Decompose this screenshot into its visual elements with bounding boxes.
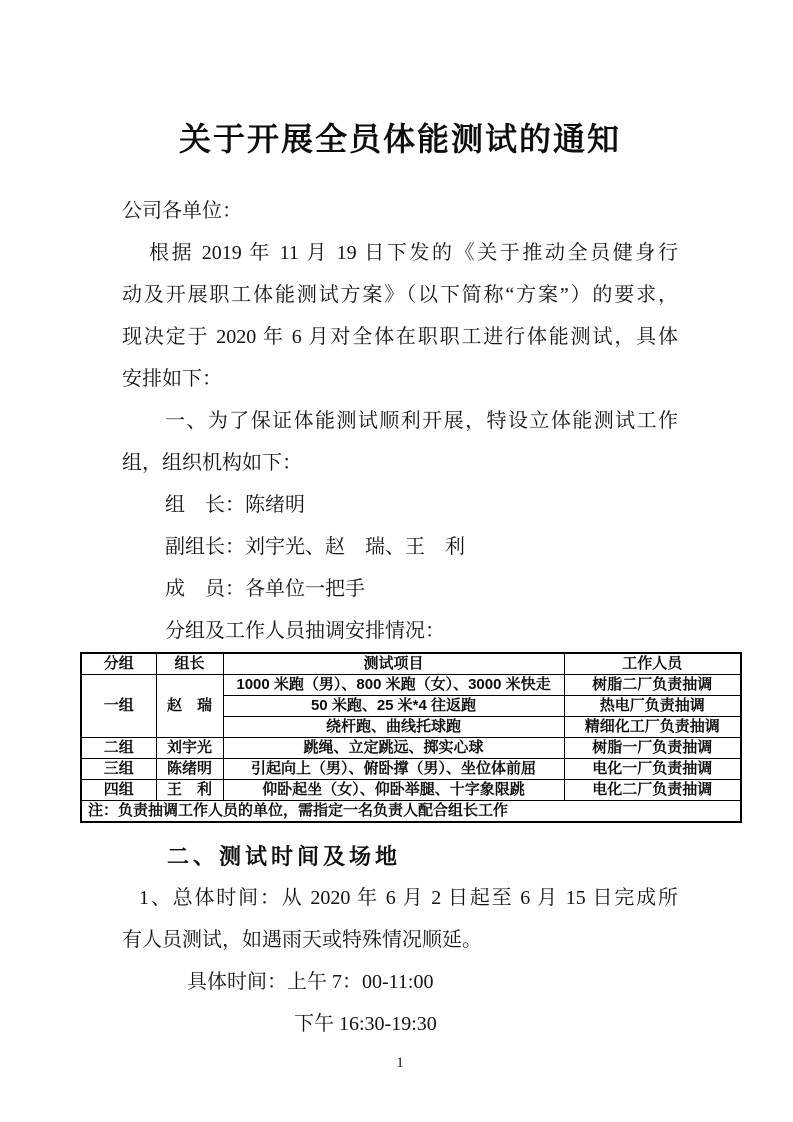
- table-note: 注：负责抽调工作人员的单位，需指定一名负责人配合组长工作: [81, 801, 741, 823]
- header-leader: 组长: [156, 653, 223, 675]
- members-line: 成 员：各单位一把手: [122, 568, 678, 610]
- section1-line2: 组，组织机构如下：: [122, 442, 678, 484]
- table-row: 一组 赵 瑞 1000 米跑（男）、800 米跑（女）、3000 米快走 树脂二…: [81, 675, 741, 696]
- cell-test-3: 引起向上（男）、俯卧撑（男）、坐位体前屈: [223, 759, 564, 780]
- cell-test-1a: 1000 米跑（男）、800 米跑（女）、3000 米快走: [223, 675, 564, 696]
- paragraph1-line1: 根据 2019 年 11 月 19 日下发的《关于推动全员健身行: [122, 232, 678, 274]
- assignment-table: 分组 组长 测试项目 工作人员 一组 赵 瑞 1000 米跑（男）、800 米跑…: [80, 652, 742, 823]
- header-staff: 工作人员: [564, 653, 741, 675]
- section2-heading: 二、测试时间及场地: [122, 837, 678, 877]
- page-number: 1: [122, 1053, 678, 1073]
- cell-leader-4: 王 利: [156, 780, 223, 801]
- cell-test-2: 跳绳、立定跳远、掷实心球: [223, 738, 564, 759]
- cell-staff-1c: 精细化工厂负责抽调: [564, 717, 741, 738]
- cell-test-1b: 50 米跑、25 米*4 往返跑: [223, 696, 564, 717]
- header-group: 分组: [81, 653, 156, 675]
- salutation-line: 公司各单位：: [122, 190, 678, 232]
- time-line-pm: 下午 16:30-19:30: [122, 1003, 678, 1045]
- paragraph1-line2: 动及开展职工体能测试方案》（以下简称“方案”）的要求，: [122, 274, 678, 316]
- cell-leader-2: 刘宇光: [156, 738, 223, 759]
- document-title: 关于开展全员体能测试的通知: [122, 120, 678, 158]
- cell-test-4: 仰卧起坐（女）、仰卧举腿、十字象限跳: [223, 780, 564, 801]
- section2-line1: 1、总体时间：从 2020 年 6 月 2 日起至 6 月 15 日完成所: [122, 877, 678, 919]
- table-note-row: 注：负责抽调工作人员的单位，需指定一名负责人配合组长工作: [81, 801, 741, 823]
- table-row: 三组 陈绪明 引起向上（男）、俯卧撑（男）、坐位体前屈 电化一厂负责抽调: [81, 759, 741, 780]
- time-line-am: 具体时间：上午 7：00-11:00: [122, 961, 678, 1003]
- cell-leader-1: 赵 瑞: [156, 675, 223, 738]
- section1-line1: 一、为了保证体能测试顺利开展，特设立体能测试工作: [122, 400, 678, 442]
- cell-group-4: 四组: [81, 780, 156, 801]
- cell-group-3: 三组: [81, 759, 156, 780]
- cell-leader-3: 陈绪明: [156, 759, 223, 780]
- paragraph1-line4: 安排如下：: [122, 358, 678, 400]
- document-page: 关于开展全员体能测试的通知 公司各单位： 根据 2019 年 11 月 19 日…: [0, 0, 793, 1122]
- cell-group-2: 二组: [81, 738, 156, 759]
- group-leader-line: 组 长：陈绪明: [122, 484, 678, 526]
- document-content: 关于开展全员体能测试的通知 公司各单位： 根据 2019 年 11 月 19 日…: [122, 120, 678, 1073]
- assignment-table-wrapper: 分组 组长 测试项目 工作人员 一组 赵 瑞 1000 米跑（男）、800 米跑…: [80, 652, 740, 823]
- table-header-row: 分组 组长 测试项目 工作人员: [81, 653, 741, 675]
- cell-group-1: 一组: [81, 675, 156, 738]
- table-row: 二组 刘宇光 跳绳、立定跳远、掷实心球 树脂一厂负责抽调: [81, 738, 741, 759]
- cell-staff-3: 电化一厂负责抽调: [564, 759, 741, 780]
- cell-test-1c: 绕杆跑、曲线托球跑: [223, 717, 564, 738]
- cell-staff-4: 电化二厂负责抽调: [564, 780, 741, 801]
- table-row: 四组 王 利 仰卧起坐（女）、仰卧举腿、十字象限跳 电化二厂负责抽调: [81, 780, 741, 801]
- deputy-leader-line: 副组长：刘宇光、赵 瑞、王 利: [122, 526, 678, 568]
- header-test-items: 测试项目: [223, 653, 564, 675]
- cell-staff-2: 树脂一厂负责抽调: [564, 738, 741, 759]
- cell-staff-1b: 热电厂负责抽调: [564, 696, 741, 717]
- section2-line2: 有人员测试，如遇雨天或特殊情况顺延。: [122, 919, 678, 961]
- table-intro-line: 分组及工作人员抽调安排情况：: [122, 610, 678, 652]
- cell-staff-1a: 树脂二厂负责抽调: [564, 675, 741, 696]
- paragraph1-line3: 现决定于 2020 年 6 月对全体在职职工进行体能测试，具体: [122, 316, 678, 358]
